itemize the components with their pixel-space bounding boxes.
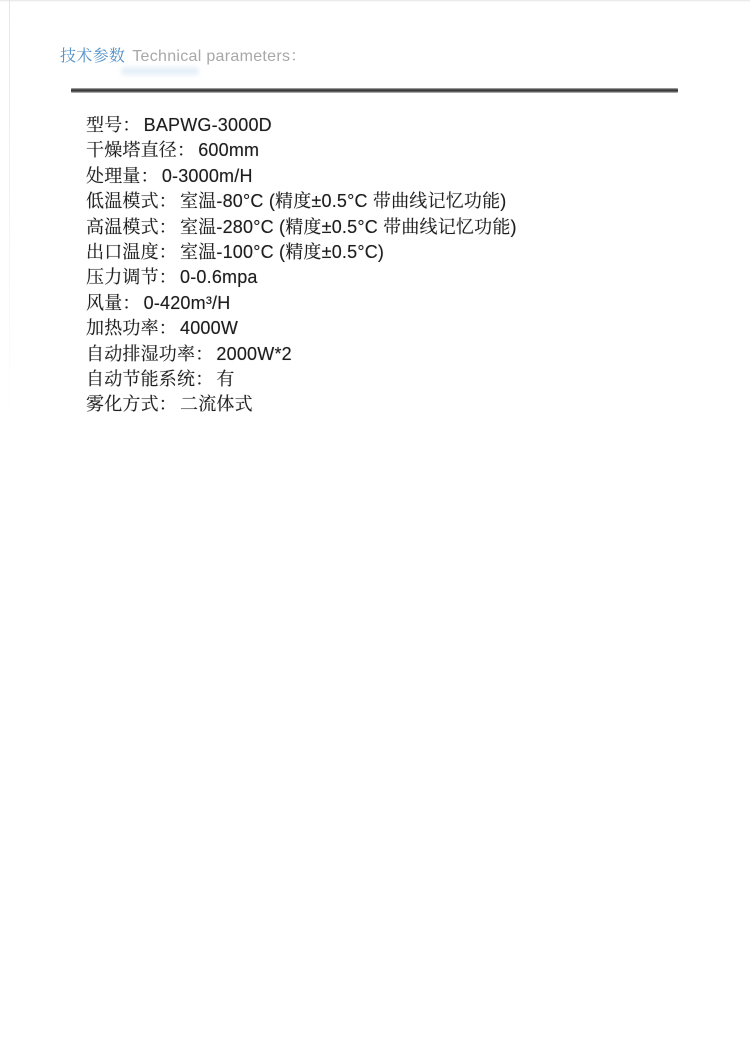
spec-label: 自动节能系统： — [86, 369, 213, 389]
spec-label: 干燥塔直径： — [86, 140, 195, 160]
spec-value: 室温-100°C (精度±0.5°C) — [180, 242, 384, 262]
spec-row-dehumid-power: 自动排湿功率：2000W*2 — [86, 342, 517, 367]
spec-row-high-temp-mode: 高温模式：室温-280°C (精度±0.5°C 带曲线记忆功能) — [86, 215, 517, 240]
spec-value: 2000W*2 — [216, 344, 291, 364]
page-top-edge — [0, 0, 750, 2]
spec-label: 低温模式： — [86, 191, 177, 211]
spec-value: 0-3000m/H — [162, 166, 253, 186]
spec-value: 室温-80°C (精度±0.5°C 带曲线记忆功能) — [180, 191, 507, 211]
spec-label: 加热功率： — [86, 318, 177, 338]
spec-value: 0-420m³/H — [144, 293, 231, 313]
spec-label: 处理量： — [86, 166, 159, 186]
spec-row-energy-saving: 自动节能系统：有 — [86, 367, 517, 392]
spec-row-low-temp-mode: 低温模式：室温-80°C (精度±0.5°C 带曲线记忆功能) — [86, 189, 517, 214]
spec-label: 风量： — [86, 293, 141, 313]
section-header: 技术参数Technical parameters： — [60, 43, 307, 66]
spec-value: 4000W — [180, 318, 238, 338]
spec-list: 型号：BAPWG-3000D 干燥塔直径：600mm 处理量：0-3000m/H… — [86, 113, 517, 418]
spec-row-pressure: 压力调节：0-0.6mpa — [86, 265, 517, 290]
spec-value: 室温-280°C (精度±0.5°C 带曲线记忆功能) — [180, 217, 517, 237]
spec-value: 二流体式 — [180, 394, 253, 414]
spec-label: 型号： — [86, 115, 141, 135]
spec-label: 雾化方式： — [86, 394, 177, 414]
spec-value: 600mm — [198, 140, 259, 160]
spec-row-outlet-temp: 出口温度：室温-100°C (精度±0.5°C) — [86, 240, 517, 265]
spec-row-atomization: 雾化方式：二流体式 — [86, 392, 517, 417]
spec-value: 有 — [216, 369, 234, 389]
spec-label: 高温模式： — [86, 217, 177, 237]
page-left-edge — [9, 0, 10, 430]
spec-value: BAPWG-3000D — [144, 115, 272, 135]
section-title-zh: 技术参数 — [60, 48, 125, 65]
spec-row-heating-power: 加热功率：4000W — [86, 316, 517, 341]
spec-row-throughput: 处理量：0-3000m/H — [86, 164, 517, 189]
section-title-en: Technical parameters： — [132, 48, 306, 65]
spec-label: 自动排湿功率： — [86, 344, 213, 364]
spec-label: 压力调节： — [86, 267, 177, 287]
photo-artifact-smudge — [121, 67, 199, 75]
spec-value: 0-0.6mpa — [180, 267, 258, 287]
spec-label: 出口温度： — [86, 242, 177, 262]
divider-line — [71, 88, 678, 93]
spec-row-model: 型号：BAPWG-3000D — [86, 113, 517, 138]
spec-row-tower-diameter: 干燥塔直径：600mm — [86, 138, 517, 163]
spec-row-airflow: 风量：0-420m³/H — [86, 291, 517, 316]
